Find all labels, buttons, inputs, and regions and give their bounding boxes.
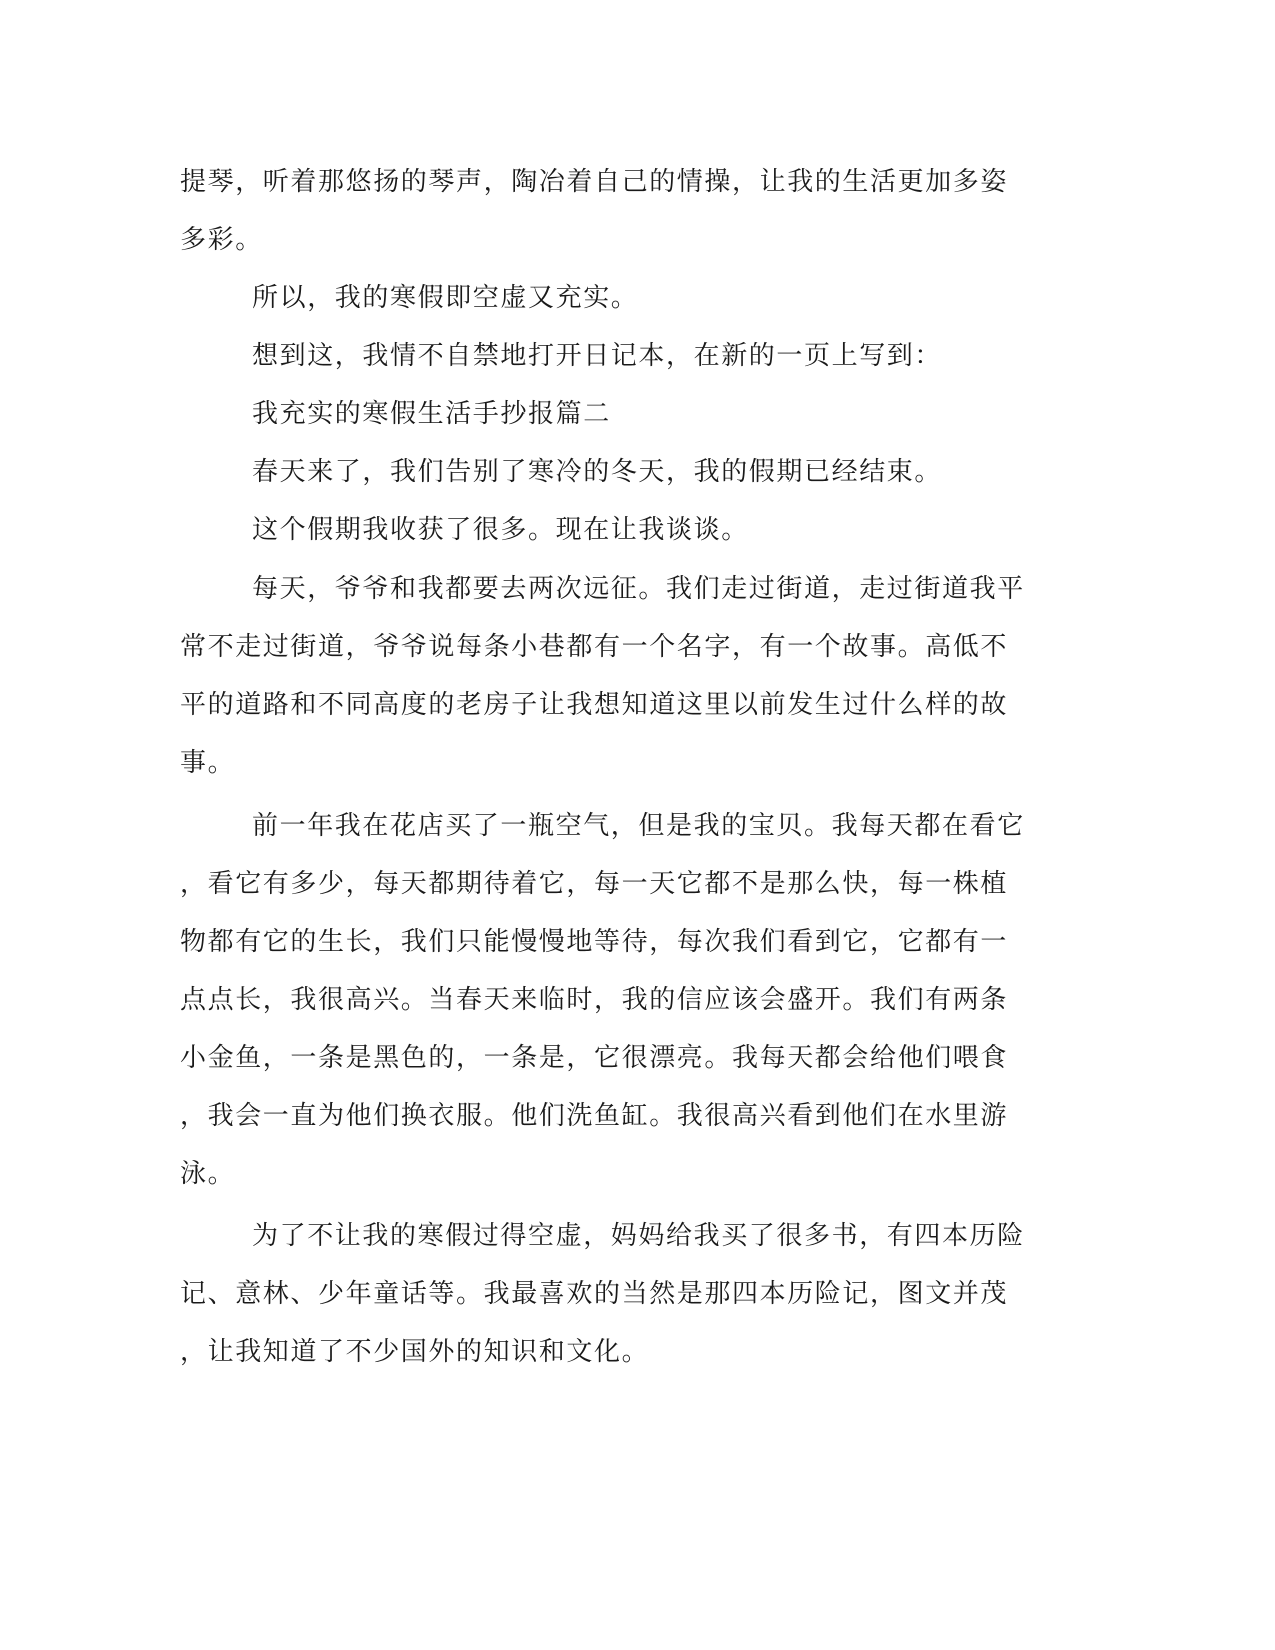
- text-line: 提琴，听着那悠扬的琴声，陶冶着自己的情操，让我的生活更加多姿: [180, 166, 1040, 198]
- text-line: 记、意林、少年童话等。我最喜欢的当然是那四本历险记，图文并茂: [180, 1278, 1040, 1310]
- text-line: 想到这，我情不自禁地打开日记本，在新的一页上写到：: [252, 340, 1112, 372]
- text-line: 小金鱼，一条是黑色的，一条是，它很漂亮。我每天都会给他们喂食: [180, 1042, 1040, 1074]
- text-line: 平的道路和不同高度的老房子让我想知道这里以前发生过什么样的故: [180, 689, 1040, 721]
- text-line: 物都有它的生长，我们只能慢慢地等待，每次我们看到它，它都有一: [180, 926, 1040, 958]
- section-heading: 我充实的寒假生活手抄报篇二: [252, 398, 1112, 430]
- text-line: 所以，我的寒假即空虚又充实。: [252, 282, 1112, 314]
- text-line: 泳。: [180, 1158, 1040, 1190]
- text-line: ，让我知道了不少国外的知识和文化。: [180, 1336, 1040, 1368]
- text-line: 这个假期我收获了很多。现在让我谈谈。: [252, 514, 1112, 546]
- text-line: 前一年我在花店买了一瓶空气，但是我的宝贝。我每天都在看它: [252, 810, 1112, 842]
- text-line: 点点长，我很高兴。当春天来临时，我的信应该会盛开。我们有两条: [180, 984, 1040, 1016]
- text-line: 每天，爷爷和我都要去两次远征。我们走过街道，走过街道我平: [252, 573, 1112, 605]
- text-line: 常不走过街道，爷爷说每条小巷都有一个名字，有一个故事。高低不: [180, 631, 1040, 663]
- text-line: 春天来了，我们告别了寒冷的冬天，我的假期已经结束。: [252, 456, 1112, 488]
- text-line: 多彩。: [180, 224, 1040, 256]
- text-line: ，看它有多少，每天都期待着它，每一天它都不是那么快，每一株植: [180, 868, 1040, 900]
- text-line: 事。: [180, 747, 1040, 779]
- text-line: 为了不让我的寒假过得空虚，妈妈给我买了很多书，有四本历险: [252, 1220, 1112, 1252]
- document-page: 提琴，听着那悠扬的琴声，陶冶着自己的情操，让我的生活更加多姿 多彩。 所以，我的…: [0, 0, 1275, 1650]
- text-line: ，我会一直为他们换衣服。他们洗鱼缸。我很高兴看到他们在水里游: [180, 1100, 1040, 1132]
